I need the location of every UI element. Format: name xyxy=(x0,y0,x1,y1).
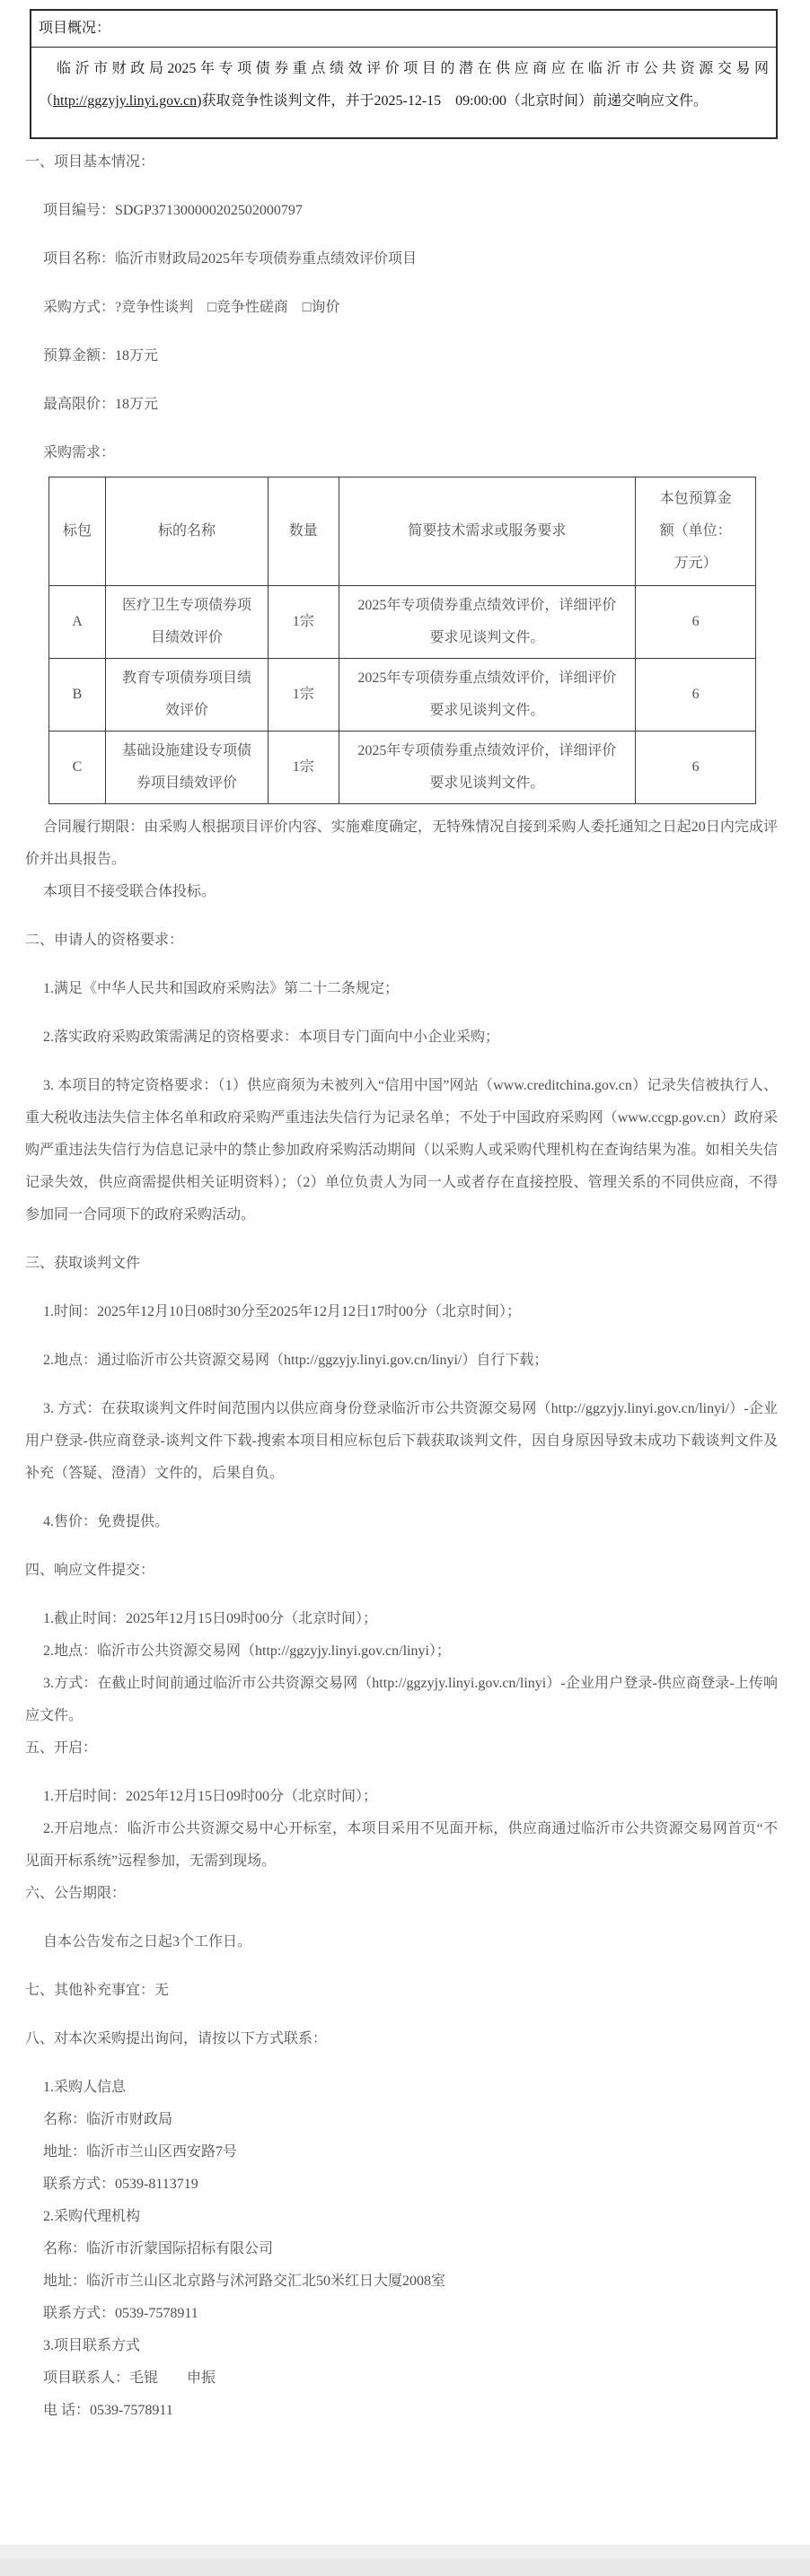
purchaser-info-title: 1.采购人信息 xyxy=(25,2072,778,2104)
field-budget: 预算金额：18万元 xyxy=(25,340,778,372)
purchaser-name: 名称：临沂市财政局 xyxy=(25,2104,778,2136)
qualification-item-1: 1.满足《中华人民共和国政府采购法》第二十二条规定； xyxy=(25,973,778,1005)
announcement-period-body: 自本公告发布之日起3个工作日。 xyxy=(25,1926,778,1958)
cell-name: 教育专项债券项目绩效评价 xyxy=(105,659,268,732)
opening-time: 1.开启时间：2025年12月15日09时00分（北京时间）； xyxy=(25,1781,778,1813)
agency-address: 地址：临沂市兰山区北京路与沭河路交汇北50米红日大厦2008室 xyxy=(25,2265,778,2298)
obtain-method: 3. 方式：在获取谈判文件时间范围内以供应商身份登录临沂市公共资源交易网（htt… xyxy=(25,1393,778,1490)
field-project-no: 项目编号：SDGP371300000202502000797 xyxy=(25,195,778,227)
footer-band-dark xyxy=(0,2559,810,2576)
table-header-row: 标包 标的名称 数量 简要技术需求或服务要求 本包预算金额（单位：万元） xyxy=(49,478,756,586)
submission-place: 2.地点：临沂市公共资源交易网（http://ggzyjy.linyi.gov.… xyxy=(25,1635,778,1668)
contract-period-paragraph: 合同履行期限：由采购人根据项目评价内容、实施难度确定，无特殊情况自接到采购人委托… xyxy=(25,811,778,876)
cell-budget: 6 xyxy=(636,659,756,732)
heading-basic-info: 一、项目基本情况： xyxy=(25,146,778,179)
field-project-name-label: 项目名称： xyxy=(43,251,115,267)
field-procure-demand: 采购需求： xyxy=(25,437,778,469)
col-header-budget: 本包预算金额（单位：万元） xyxy=(636,478,756,586)
submission-method: 3.方式：在截止时间前通过临沂市公共资源交易网（http://ggzyjy.li… xyxy=(25,1668,778,1732)
field-max-price: 最高限价：18万元 xyxy=(25,389,778,421)
project-contact-person: 项目联系人：毛锟 申振 xyxy=(25,2362,778,2395)
col-header-requirement: 简要技术需求或服务要求 xyxy=(339,478,636,586)
field-procure-method-value: ?竞争性谈判 □竞争性磋商 □询价 xyxy=(115,300,339,315)
overview-title: 项目概况： xyxy=(31,11,776,48)
heading-obtain-documents: 三、获取谈判文件 xyxy=(25,1248,778,1280)
heading-opening: 五、开启： xyxy=(25,1732,778,1765)
field-budget-value: 18万元 xyxy=(115,348,158,364)
cell-qty: 1宗 xyxy=(268,732,339,804)
footer-band-light xyxy=(0,2545,810,2559)
field-procure-method-label: 采购方式： xyxy=(43,300,115,315)
field-project-name: 项目名称：临沂市财政局2025年专项债券重点绩效评价项目 xyxy=(25,243,778,276)
cell-requirement: 2025年专项债券重点绩效评价，详细评价要求见谈判文件。 xyxy=(339,732,636,804)
cell-package: A xyxy=(49,586,106,659)
field-procure-demand-label: 采购需求： xyxy=(43,445,115,460)
announcement-document: 项目概况： 临沂市财政局2025年专项债券重点绩效评价项目的潜在供应商应在临沂市… xyxy=(0,0,810,2545)
opening-place: 2.开启地点：临沂市公共资源交易中心开标室，本项目采用不见面开标，供应商通过临沂… xyxy=(25,1813,778,1878)
project-contact-title: 3.项目联系方式 xyxy=(25,2330,778,2362)
no-consortium-note: 本项目不接受联合体投标。 xyxy=(25,876,778,908)
cell-qty: 1宗 xyxy=(268,586,339,659)
col-header-package: 标包 xyxy=(49,478,106,586)
overview-box: 项目概况： 临沂市财政局2025年专项债券重点绩效评价项目的潜在供应商应在临沂市… xyxy=(30,9,778,139)
cell-requirement: 2025年专项债券重点绩效评价，详细评价要求见谈判文件。 xyxy=(339,586,636,659)
qualification-item-3: 3. 本项目的特定资格要求：（1）供应商须为未被列入“信用中国”网站（www.c… xyxy=(25,1070,778,1231)
obtain-price: 4.售价：免费提供。 xyxy=(25,1506,778,1538)
purchaser-address: 地址：临沂市兰山区西安路7号 xyxy=(25,2136,778,2169)
purchaser-phone: 联系方式：0539-8113719 xyxy=(25,2169,778,2201)
heading-other-matters: 七、其他补充事宜：无 xyxy=(25,1975,778,2007)
cell-budget: 6 xyxy=(636,732,756,804)
heading-contact: 八、对本次采购提出询问，请按以下方式联系： xyxy=(25,2023,778,2055)
overview-link[interactable]: http://ggzyjy.linyi.gov.cn xyxy=(53,93,197,109)
qualification-item-2: 2.落实政府采购政策需满足的资格要求：本项目专门面向中小企业采购； xyxy=(25,1021,778,1054)
cell-requirement: 2025年专项债券重点绩效评价，详细评价要求见谈判文件。 xyxy=(339,659,636,732)
package-table: 标包 标的名称 数量 简要技术需求或服务要求 本包预算金额（单位：万元） A 医… xyxy=(48,477,756,804)
submission-deadline: 1.截止时间：2025年12月15日09时00分（北京时间）； xyxy=(25,1603,778,1635)
col-header-qty: 数量 xyxy=(268,478,339,586)
table-row: C 基础设施建设专项债券项目绩效评价 1宗 2025年专项债券重点绩效评价，详细… xyxy=(49,732,756,804)
heading-submission: 四、响应文件提交： xyxy=(25,1555,778,1587)
agency-info-title: 2.采购代理机构 xyxy=(25,2201,778,2233)
table-row: A 医疗卫生专项债券项目绩效评价 1宗 2025年专项债券重点绩效评价，详细评价… xyxy=(49,586,756,659)
cell-name: 医疗卫生专项债券项目绩效评价 xyxy=(105,586,268,659)
field-project-no-value: SDGP371300000202502000797 xyxy=(115,203,303,218)
cell-budget: 6 xyxy=(636,586,756,659)
field-procure-method: 采购方式：?竞争性谈判 □竞争性磋商 □询价 xyxy=(25,292,778,324)
cell-name: 基础设施建设专项债券项目绩效评价 xyxy=(105,732,268,804)
cell-package: B xyxy=(49,659,106,732)
field-max-price-label: 最高限价： xyxy=(43,397,115,412)
field-project-name-value: 临沂市财政局2025年专项债券重点绩效评价项目 xyxy=(115,251,417,267)
overview-text-suffix: )获取竞争性谈判文件，并于2025-12-15 09:00:00（北京时间）前递… xyxy=(197,93,708,109)
agency-phone: 联系方式：0539-7578911 xyxy=(25,2298,778,2330)
field-max-price-value: 18万元 xyxy=(115,397,158,412)
obtain-place: 2.地点：通过临沂市公共资源交易网（http://ggzyjy.linyi.go… xyxy=(25,1345,778,1377)
cell-qty: 1宗 xyxy=(268,659,339,732)
col-header-name: 标的名称 xyxy=(105,478,268,586)
heading-announcement-period: 六、公告期限： xyxy=(25,1878,778,1910)
table-row: B 教育专项债券项目绩效评价 1宗 2025年专项债券重点绩效评价，详细评价要求… xyxy=(49,659,756,732)
agency-name: 名称：临沂市沂蒙国际招标有限公司 xyxy=(25,2233,778,2265)
project-contact-phone: 电 话：0539-7578911 xyxy=(25,2395,778,2427)
field-budget-label: 预算金额： xyxy=(43,348,115,364)
cell-package: C xyxy=(49,732,106,804)
overview-paragraph: 临沂市财政局2025年专项债券重点绩效评价项目的潜在供应商应在临沂市公共资源交易… xyxy=(31,48,776,137)
field-project-no-label: 项目编号： xyxy=(43,203,115,218)
obtain-time: 1.时间：2025年12月10日08时30分至2025年12月12日17时00分… xyxy=(25,1296,778,1328)
heading-qualification: 二、申请人的资格要求： xyxy=(25,924,778,957)
